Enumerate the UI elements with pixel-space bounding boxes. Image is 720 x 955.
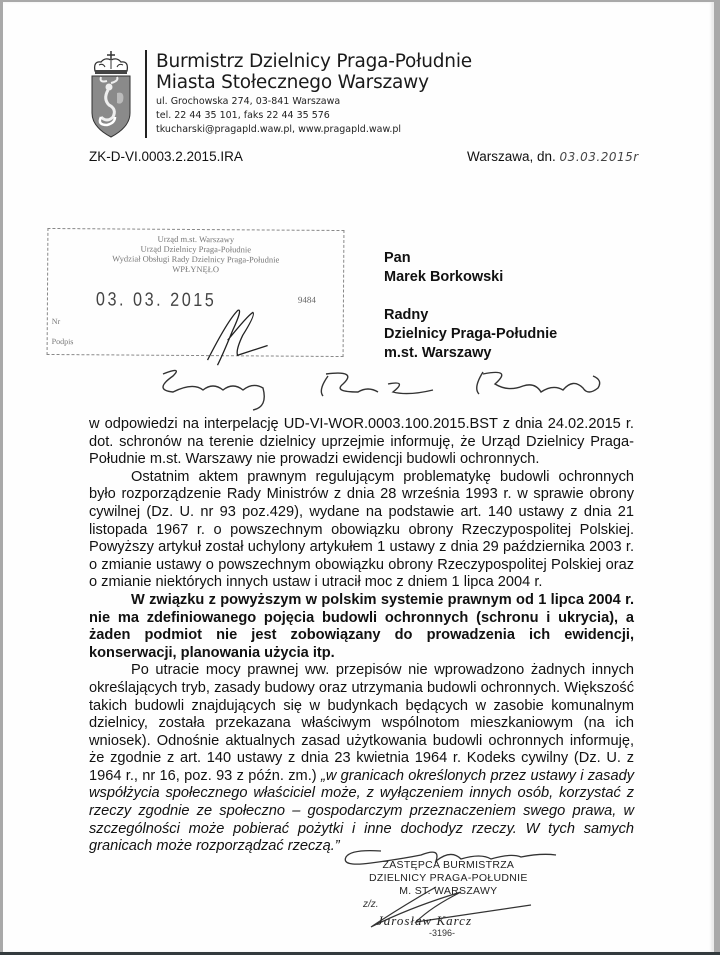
signature-stamp-text: ZASTĘPCA BURMISTRZA DZIELNICY PRAGA-POŁU… [369, 859, 528, 898]
handwritten-date: 03.03.2015r [560, 150, 639, 164]
letterhead-title-line1: Burmistrz Dzielnicy Praga-Południe [156, 51, 472, 72]
document-page: Burmistrz Dzielnicy Praga-Południe Miast… [3, 2, 714, 952]
signatory-name: Jarosław Karcz [377, 913, 472, 929]
recipient-city: m.st. Warszawy [384, 344, 557, 363]
recipient-district: Dzielnicy Praga-Południe [384, 325, 557, 344]
letterhead-address: ul. Grochowska 274, 03-841 Warszawa [156, 95, 472, 109]
letter-body: w odpowiedzi na interpelację UD-VI-WOR.0… [89, 416, 634, 856]
letterhead-contact: tkucharski@pragapld.waw.pl, www.pragapld… [156, 123, 472, 137]
body-paragraph-2: Ostatnim aktem prawnym regulującym probl… [89, 469, 634, 592]
signatory-number: -3196- [429, 928, 455, 938]
warsaw-coat-of-arms-icon [89, 51, 133, 139]
stamp-number: 9484 [298, 295, 316, 305]
signature-block: ZASTĘPCA BURMISTRZA DZIELNICY PRAGA-POŁU… [341, 847, 571, 942]
signature-city: M. ST. WARSZAWY [369, 885, 528, 898]
signature-district: DZIELNICY PRAGA-POŁUDNIE [369, 872, 528, 885]
recipient-block: Pan Marek Borkowski Radny Dzielnicy Prag… [384, 249, 557, 363]
letterhead-phone: tel. 22 44 35 101, faks 22 44 35 576 [156, 109, 472, 123]
signature-title: ZASTĘPCA BURMISTRZA [369, 859, 528, 872]
reference-number: ZK-D-VI.0003.2.2015.IRA [89, 149, 243, 164]
letterhead: Burmistrz Dzielnicy Praga-Południe Miast… [156, 51, 472, 137]
recipient-name: Marek Borkowski [384, 268, 557, 287]
stamp-field-signature: Podpis [52, 337, 74, 346]
place-date-prefix: Warszawa, dn. [467, 149, 556, 164]
letterhead-title-line2: Miasta Stołecznego Warszawy [156, 72, 472, 93]
body-paragraph-4: Po utracie mocy prawnej ww. przepisów ni… [89, 662, 634, 856]
body-paragraph-3-bold: W związku z powyższym w polskim systemie… [89, 592, 634, 662]
recipient-title: Pan [384, 249, 557, 268]
recipient-role: Radny [384, 306, 557, 325]
receipt-stamp: Urząd m.st. Warszawy Urząd Dzielnicy Pra… [47, 228, 345, 357]
place-date: Warszawa, dn. 03.03.2015r [467, 149, 639, 164]
stamp-field-nr: Nr [52, 317, 61, 326]
body-paragraph-1: w odpowiedzi na interpelację UD-VI-WOR.0… [89, 416, 634, 469]
initials-signature-icon [197, 300, 277, 371]
body-paragraph-4-text: Po utracie mocy prawnej ww. przepisów ni… [89, 662, 634, 784]
stamp-line: WPŁYNĘŁO [48, 263, 343, 275]
letterhead-divider [145, 50, 147, 138]
signature-prefix: z/z. [363, 899, 379, 910]
handwritten-salutation-icon: Szanowny Panie Radny [143, 362, 613, 412]
